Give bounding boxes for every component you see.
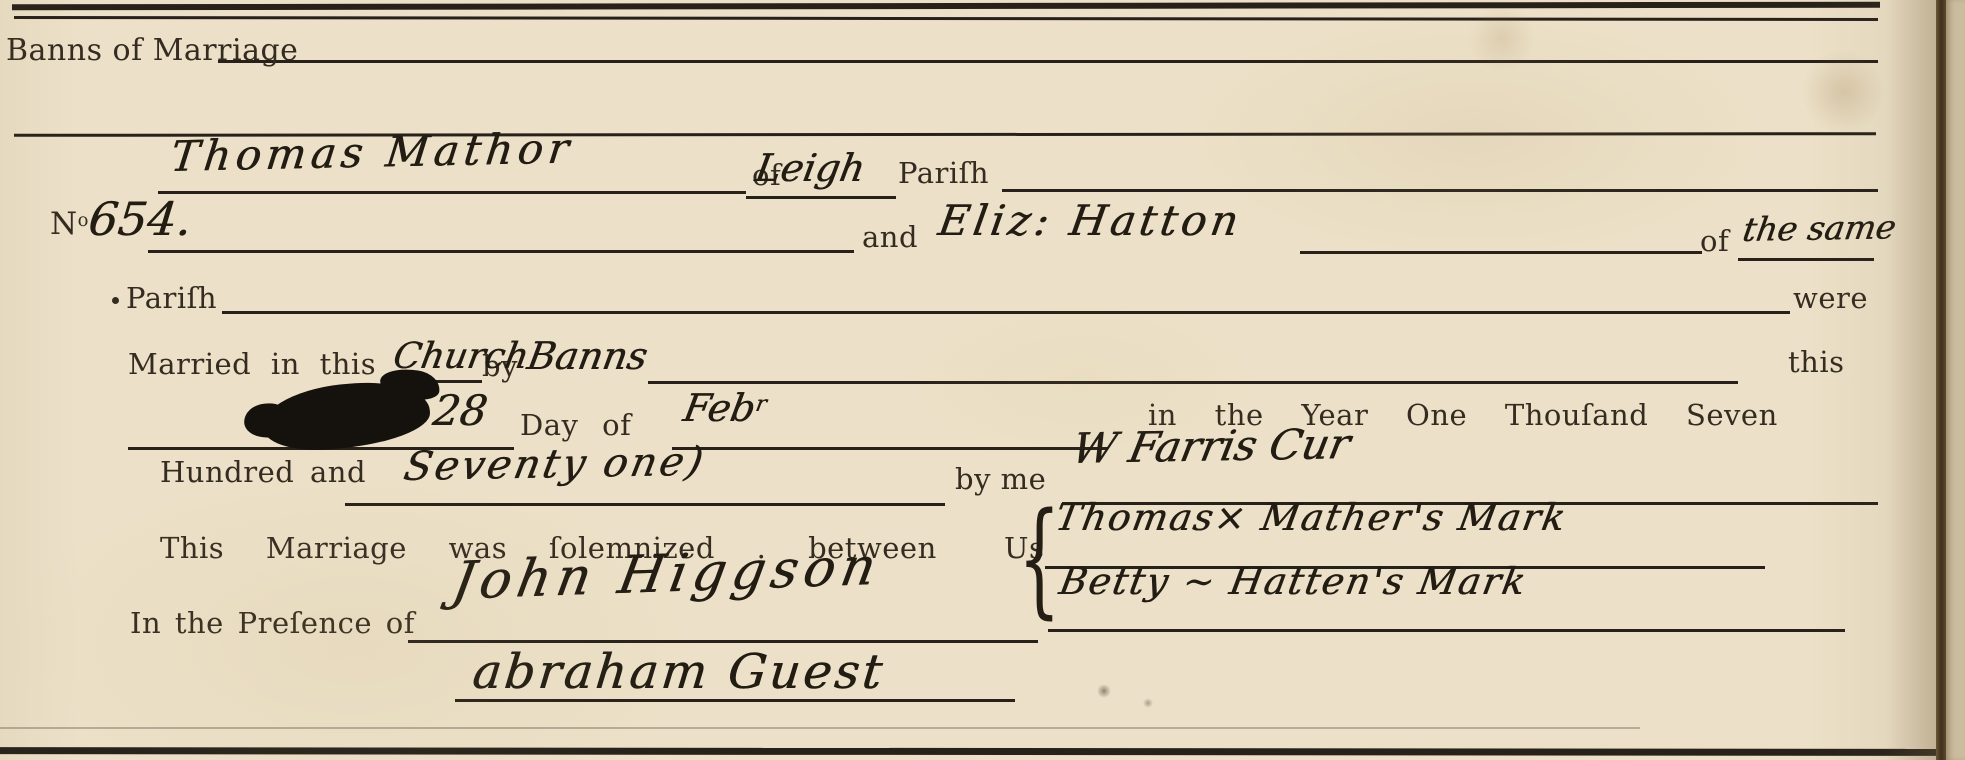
bride-mark-handwriting: Betty ~ Hatten's Mark: [1056, 560, 1531, 603]
witness1-line: [408, 640, 1038, 643]
were-label: were: [1793, 281, 1868, 315]
parish-label-2: Pariſh: [126, 281, 217, 315]
witness2-signature: abraham Guest: [470, 644, 888, 700]
method-handwriting: Banns: [524, 334, 651, 378]
presence-label: In the Preſence of: [130, 606, 415, 640]
and-label: and: [862, 220, 918, 254]
ink-blot: [260, 378, 432, 454]
form-title: Banns of Marriage: [6, 33, 298, 68]
top-rule-thin: [14, 16, 1878, 21]
page-edge-outer: [1946, 0, 1965, 760]
line2-blank-a: [148, 250, 854, 253]
parish-label-1: Pariſh: [898, 156, 989, 190]
top-rule-thick: [12, 2, 1880, 11]
hundred-line: [345, 503, 945, 506]
bottom-rule-thick: [0, 747, 1938, 756]
record-number-handwriting: 654.: [86, 192, 194, 246]
this-label: this: [1788, 345, 1845, 379]
banns-method-line: [648, 381, 1738, 384]
of-label-2: of: [1700, 224, 1729, 258]
groom-parish-line: [746, 196, 896, 199]
parish-bullet-mark: [112, 297, 119, 304]
bleedthrough-line: [0, 727, 1640, 729]
record-number-prefix: N: [50, 206, 78, 242]
day-line-b: [672, 447, 1108, 450]
marriage-register-scan: Banns of Marriage No of Pariſh and of Pa…: [0, 0, 1965, 760]
record-number-label: No: [50, 206, 89, 242]
month-text: Feb: [680, 386, 759, 430]
groom-name-line: [158, 191, 746, 194]
groom-mark-handwriting: Thomas× Mather's Mark: [1052, 496, 1570, 539]
married-in-this-label: Married in this: [128, 347, 376, 381]
bride-parish-handwriting: the same: [1740, 207, 1899, 249]
groom-name-handwriting: Thomas Mathor: [168, 123, 576, 181]
year-handwriting: Seventy one): [400, 439, 710, 490]
parish-blank-line: [222, 311, 1790, 314]
groom-parish-handwriting: Leigh: [752, 146, 868, 190]
officiant-signature: W Farris Cur: [1068, 419, 1354, 473]
banns-blank-line: [218, 60, 1878, 63]
page-edge-line: [1936, 0, 1946, 760]
bride-parish-line: [1738, 258, 1874, 261]
line1-tail: [1002, 189, 1878, 192]
line2-blank-b: [1300, 251, 1702, 254]
bride-name-handwriting: Eliz: Hatton: [935, 196, 1246, 245]
bride-mark-line: [1048, 629, 1845, 632]
day-of-label: Day of: [520, 408, 631, 442]
month-handwriting: Febr: [680, 386, 769, 430]
us-brace: {: [1018, 496, 1061, 620]
day-handwriting: 28: [430, 386, 490, 435]
page-edge-shadow: [1885, 0, 1937, 760]
hundred-and-label: Hundred and: [160, 455, 366, 489]
